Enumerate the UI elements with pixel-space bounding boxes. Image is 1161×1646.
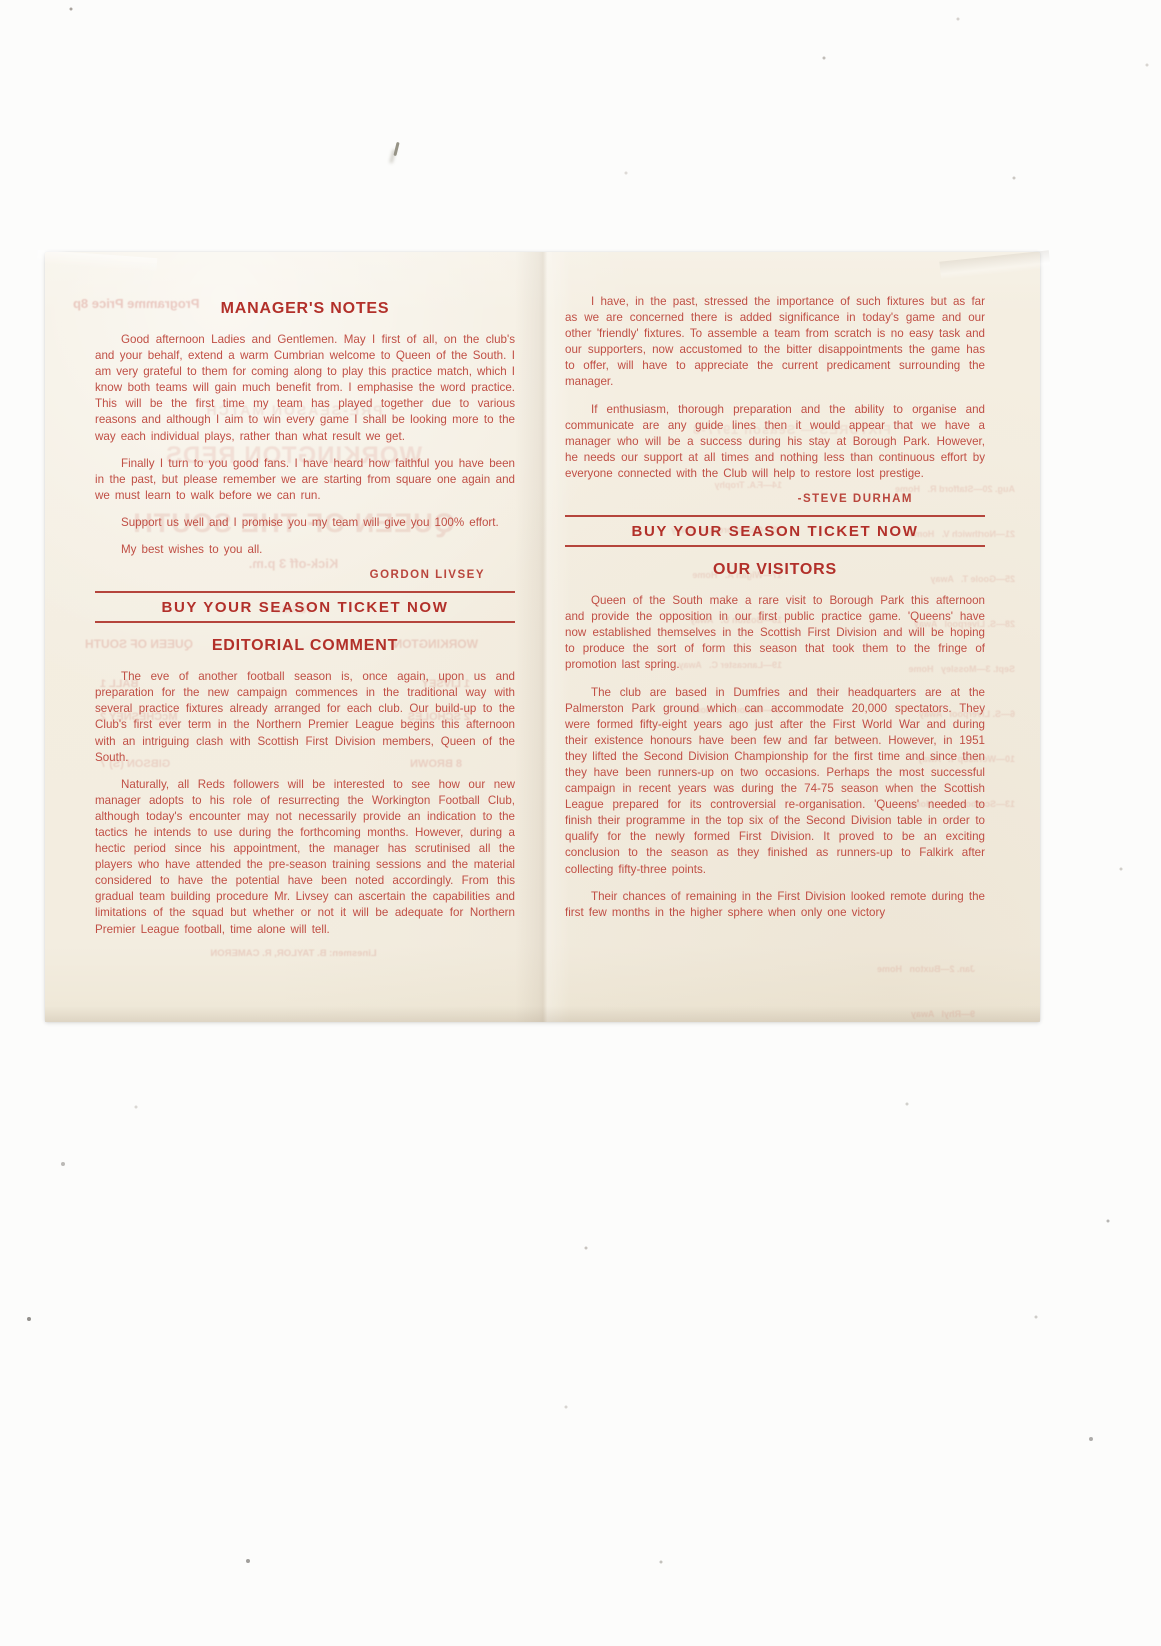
- season-ticket-banner-right: BUY YOUR SEASON TICKET NOW: [565, 515, 985, 547]
- signature-steve-durham: -STEVE DURHAM: [565, 493, 985, 505]
- dust-specks: [0, 0, 2, 2]
- visitors-para-1: Queen of the South make a rare visit to …: [565, 593, 985, 673]
- signature-gordon-livsey: GORDON LIVSEY: [95, 569, 515, 581]
- ghost-officials: Linesmen: B. TAYLOR, R. CAMERON: [45, 948, 542, 959]
- season-ticket-banner-left: BUY YOUR SEASON TICKET NOW: [95, 591, 515, 623]
- managers-notes-para-1: Good afternoon Ladies and Gentlemen. May…: [95, 332, 515, 445]
- managers-notes-para-2: Finally I turn to you good fans. I have …: [95, 456, 515, 504]
- ghost-fixture-line: Jan. 2—Buxton Home: [877, 962, 975, 977]
- editorial-comment-title: EDITORIAL COMMENT: [95, 637, 515, 655]
- visitors-para-2: The club are based in Dumfries and their…: [565, 685, 985, 878]
- managers-notes-cont-para-1: I have, in the past, stressed the import…: [565, 294, 985, 391]
- managers-notes-para-4: My best wishes to you all.: [95, 542, 515, 558]
- right-page: FIXTURES — Season 1977-8 Aug. 20—Staffor…: [543, 252, 1040, 1022]
- editorial-para-1: The eve of another football season is, o…: [95, 669, 515, 766]
- managers-notes-para-3: Support us well and I promise you my tea…: [95, 515, 515, 531]
- programme-spread: Programme Price 8p PRE-SEASON MATCH WORK…: [45, 252, 1040, 1022]
- our-visitors-title: OUR VISITORS: [565, 561, 985, 579]
- left-page: Programme Price 8p PRE-SEASON MATCH WORK…: [45, 252, 542, 1022]
- managers-notes-cont-para-2: If enthusiasm, thorough preparation and …: [565, 402, 985, 482]
- ghost-fixture-line: 9—Rhyl Away: [877, 1007, 975, 1022]
- managers-notes-title: MANAGER'S NOTES: [95, 300, 515, 318]
- center-fold: [515, 252, 571, 1022]
- scan-artifact: [393, 142, 399, 156]
- programme-scan: Programme Price 8p PRE-SEASON MATCH WORK…: [0, 0, 1161, 1646]
- visitors-para-3: Their chances of remaining in the First …: [565, 889, 985, 921]
- ghost-fixtures-column: Jan. 2—Buxton Home 9—Rhyl Away: [877, 932, 975, 1022]
- editorial-para-2: Naturally, all Reds followers will be in…: [95, 777, 515, 938]
